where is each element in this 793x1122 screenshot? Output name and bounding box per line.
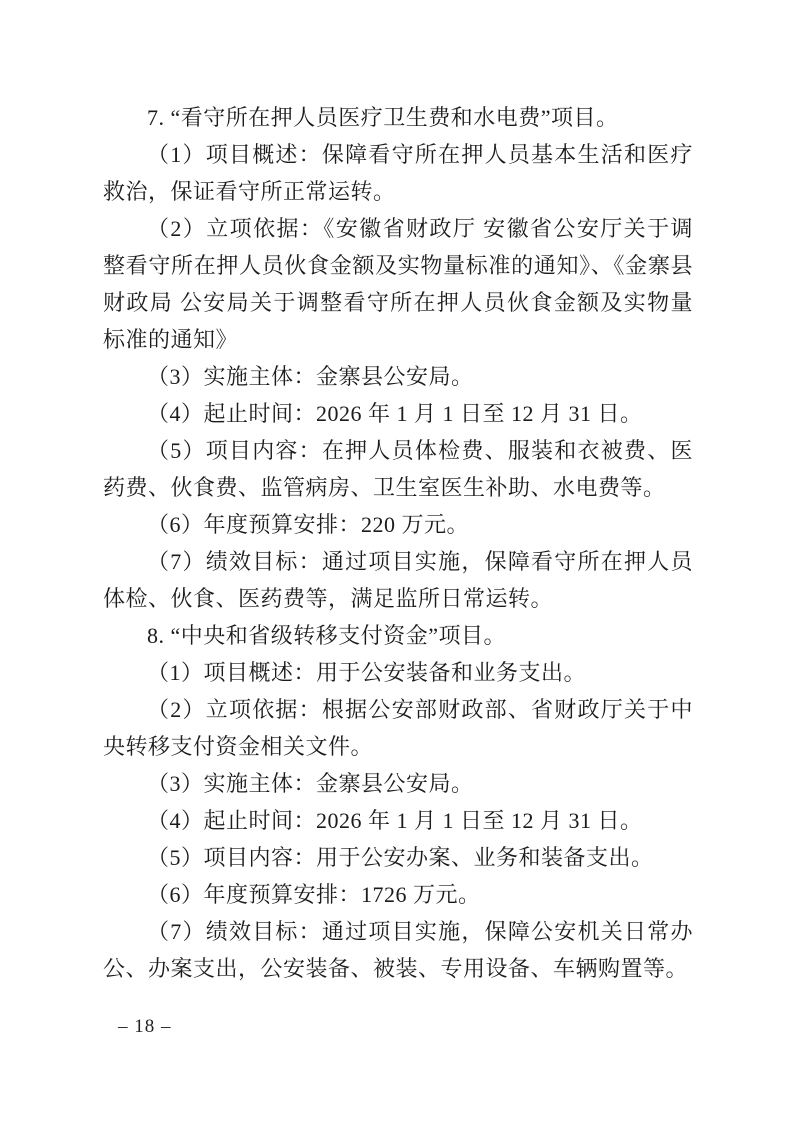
paragraph: （5）项目内容：用于公安办案、业务和装备支出。 (103, 839, 693, 876)
paragraph: （2）立项依据：根据公安部财政部、省财政厅关于中央转移支付资金相关文件。 (103, 691, 693, 765)
paragraph: （7）绩效目标：通过项目实施，保障看守所在押人员体检、伙食、医药费等，满足监所日… (103, 543, 693, 617)
paragraph: （6）年度预算安排：220 万元。 (103, 506, 693, 543)
document-page: 7. “看守所在押人员医疗卫生费和水电费”项目。 （1）项目概述：保障看守所在押… (0, 0, 793, 1122)
paragraph: （3）实施主体：金寨县公安局。 (103, 358, 693, 395)
paragraph: （1）项目概述：用于公安装备和业务支出。 (103, 654, 693, 691)
paragraph: （1）项目概述：保障看守所在押人员基本生活和医疗救治，保证看守所正常运转。 (103, 136, 693, 210)
paragraph: 7. “看守所在押人员医疗卫生费和水电费”项目。 (103, 99, 693, 136)
paragraph: 8. “中央和省级转移支付资金”项目。 (103, 617, 693, 654)
paragraph: （3）实施主体：金寨县公安局。 (103, 765, 693, 802)
paragraph: （6）年度预算安排：1726 万元。 (103, 876, 693, 913)
paragraph: （7）绩效目标：通过项目实施，保障公安机关日常办公、办案支出，公安装备、被装、专… (103, 913, 693, 987)
paragraph: （5）项目内容：在押人员体检费、服装和衣被费、医药费、伙食费、监管病房、卫生室医… (103, 432, 693, 506)
paragraph: （2）立项依据：《安徽省财政厅 安徽省公安厅关于调整看守所在押人员伙食金额及实物… (103, 210, 693, 358)
document-body: 7. “看守所在押人员医疗卫生费和水电费”项目。 （1）项目概述：保障看守所在押… (103, 99, 693, 987)
page-number: – 18 – (118, 1014, 172, 1040)
paragraph: （4）起止时间：2026 年 1 月 1 日至 12 月 31 日。 (103, 395, 693, 432)
paragraph: （4）起止时间：2026 年 1 月 1 日至 12 月 31 日。 (103, 802, 693, 839)
